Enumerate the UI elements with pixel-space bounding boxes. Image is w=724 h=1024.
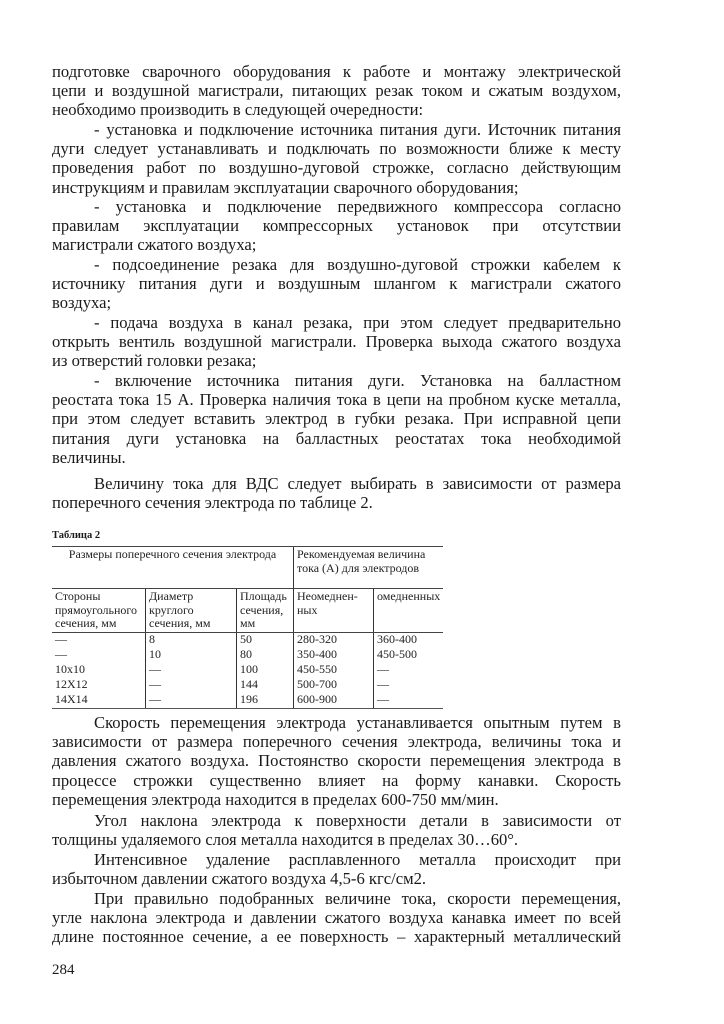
text-line: Угол наклона электрода к поверхности дет…	[52, 811, 621, 830]
table-cell: 450-500	[374, 648, 444, 663]
table-cell: —	[146, 693, 237, 709]
paragraph-step-compressor: - установка и подключение передвижного к…	[52, 197, 621, 255]
table-group-header-current: Рекомендуемая величина тока (А) для элек…	[294, 547, 444, 589]
table-cell: —	[146, 663, 237, 678]
table-cell: —	[374, 693, 444, 709]
table-cell: 600-900	[294, 693, 374, 709]
page-number: 284	[52, 962, 75, 979]
paragraph-electrode-angle: Угол наклона электрода к поверхности дет…	[52, 811, 621, 849]
paragraph-step-power-on: - включение источника питания дуги. Уста…	[52, 371, 621, 467]
text-line: дуги следует устанавливать и подключать …	[52, 139, 621, 158]
table-row: — 8 50 280-320 360-400	[52, 633, 443, 649]
text-line: питания дуги установка на балластных рео…	[52, 429, 621, 448]
text-line: угле наклона электрода и давлении сжатог…	[52, 908, 621, 927]
table-cell: 450-550	[294, 663, 374, 678]
text-line: перемещения электрода находится в предел…	[52, 790, 621, 809]
table-col-header: Стороны прямоугольного сечения, мм	[52, 589, 146, 633]
text-line: подготовке сварочного оборудования к раб…	[52, 62, 621, 81]
table-cell: —	[374, 678, 444, 693]
text-line: правилам эксплуатации компрессорных уста…	[52, 216, 621, 235]
table-row: 12X12 — 144 500-700 —	[52, 678, 443, 693]
text-line: проведения работ по воздушно-дуговой стр…	[52, 158, 621, 177]
table-col-header: Диаметр круглого сечения, мм	[146, 589, 237, 633]
table-cell: —	[52, 633, 146, 649]
text-line: - подача воздуха в канал резака, при это…	[52, 313, 621, 332]
text-line: магистрали сжатого воздуха;	[52, 235, 621, 254]
table-group-header-row: Размеры поперечного сечения электрода Ре…	[52, 547, 443, 589]
text-line: из отверстий головки резака;	[52, 351, 621, 370]
paragraph-intro: подготовке сварочного оборудования к раб…	[52, 62, 621, 120]
text-line: воздуха;	[52, 293, 621, 312]
text-line: избыточном давлении сжатого воздуха 4,5-…	[52, 869, 621, 888]
paragraph-air-pressure: Интенсивное удаление расплавленного мета…	[52, 850, 621, 888]
table-row: 14X14 — 196 600-900 —	[52, 693, 443, 709]
electrode-current-table: Размеры поперечного сечения электрода Ре…	[52, 546, 443, 709]
text-line: зависимости от размера поперечного сечен…	[52, 732, 621, 751]
text-line: Скорость перемещения электрода устанавли…	[52, 713, 621, 732]
paragraph-groove-quality: При правильно подобранных величине тока,…	[52, 889, 621, 947]
text-line: - установка и подключение источника пита…	[52, 120, 621, 139]
text-line: величины.	[52, 448, 621, 467]
table-cell: 350-400	[294, 648, 374, 663]
table-cell: 500-700	[294, 678, 374, 693]
table-cell: 8	[146, 633, 237, 649]
table-col-header: Неомеднен-ных	[294, 589, 374, 633]
text-line: необходимо производить в следующей очере…	[52, 100, 621, 119]
table-column-header-row: Стороны прямоугольного сечения, мм Диаме…	[52, 589, 443, 633]
table-cell: 360-400	[374, 633, 444, 649]
text-line: открыть вентиль воздушной магистрали. Пр…	[52, 332, 621, 351]
text-line: поперечного сечения электрода по таблице…	[52, 493, 621, 512]
table-cell: 12X12	[52, 678, 146, 693]
text-line: реостата тока 15 А. Проверка наличия ток…	[52, 390, 621, 409]
table-group-header-current-text: Рекомендуемая величина тока (А) для элек…	[297, 548, 440, 587]
table-cell: 14X14	[52, 693, 146, 709]
paragraph-step-power-source: - установка и подключение источника пита…	[52, 120, 621, 197]
table-cell: 50	[237, 633, 294, 649]
paragraph-electrode-speed: Скорость перемещения электрода устанавли…	[52, 713, 621, 809]
table-row: — 10 80 350-400 450-500	[52, 648, 443, 663]
text-line: Интенсивное удаление расплавленного мета…	[52, 850, 621, 869]
table-group-header-sizes: Размеры поперечного сечения электрода	[52, 547, 294, 589]
text-line: - включение источника питания дуги. Уста…	[52, 371, 621, 390]
paragraph-step-cutter-connection: - подсоединение резака для воздушно-дуго…	[52, 255, 621, 313]
table-cell: 280-320	[294, 633, 374, 649]
text-line: При правильно подобранных величине тока,…	[52, 889, 621, 908]
text-line: - подсоединение резака для воздушно-дуго…	[52, 255, 621, 274]
text-line: давления сжатого воздуха. Постоянство ск…	[52, 751, 621, 770]
table-col-header: омедненных	[374, 589, 444, 633]
document-page: подготовке сварочного оборудования к раб…	[0, 0, 724, 1024]
table-cell: 100	[237, 663, 294, 678]
text-line: толщины удаляемого слоя металла находитс…	[52, 830, 621, 849]
table-cell: 80	[237, 648, 294, 663]
table-cell: —	[374, 663, 444, 678]
table-cell: —	[52, 648, 146, 663]
text-line: инструкциям и правилам эксплуатации свар…	[52, 178, 621, 197]
text-line: длине постоянное сечение, а ее поверхнос…	[52, 927, 621, 946]
text-line: Величину тока для ВДС следует выбирать в…	[52, 474, 621, 493]
paragraph-step-air-supply: - подача воздуха в канал резака, при это…	[52, 313, 621, 371]
text-line: источнику питания дуги и воздушным шланг…	[52, 274, 621, 293]
table-cell: 196	[237, 693, 294, 709]
table-cell: 144	[237, 678, 294, 693]
table-row: 10x10 — 100 450-550 —	[52, 663, 443, 678]
text-line: при этом следует вставить электрод в губ…	[52, 409, 621, 428]
table-caption: Таблица 2	[52, 530, 100, 541]
table-cell: 10x10	[52, 663, 146, 678]
text-line: процессе строжки существенно влияет на ф…	[52, 771, 621, 790]
paragraph-current-selection: Величину тока для ВДС следует выбирать в…	[52, 474, 621, 512]
text-line: - установка и подключение передвижного к…	[52, 197, 621, 216]
table-col-header: Площадь сечения, мм	[237, 589, 294, 633]
text-line: цепи и воздушной магистрали, питающих ре…	[52, 81, 621, 100]
table-cell: 10	[146, 648, 237, 663]
table-cell: —	[146, 678, 237, 693]
